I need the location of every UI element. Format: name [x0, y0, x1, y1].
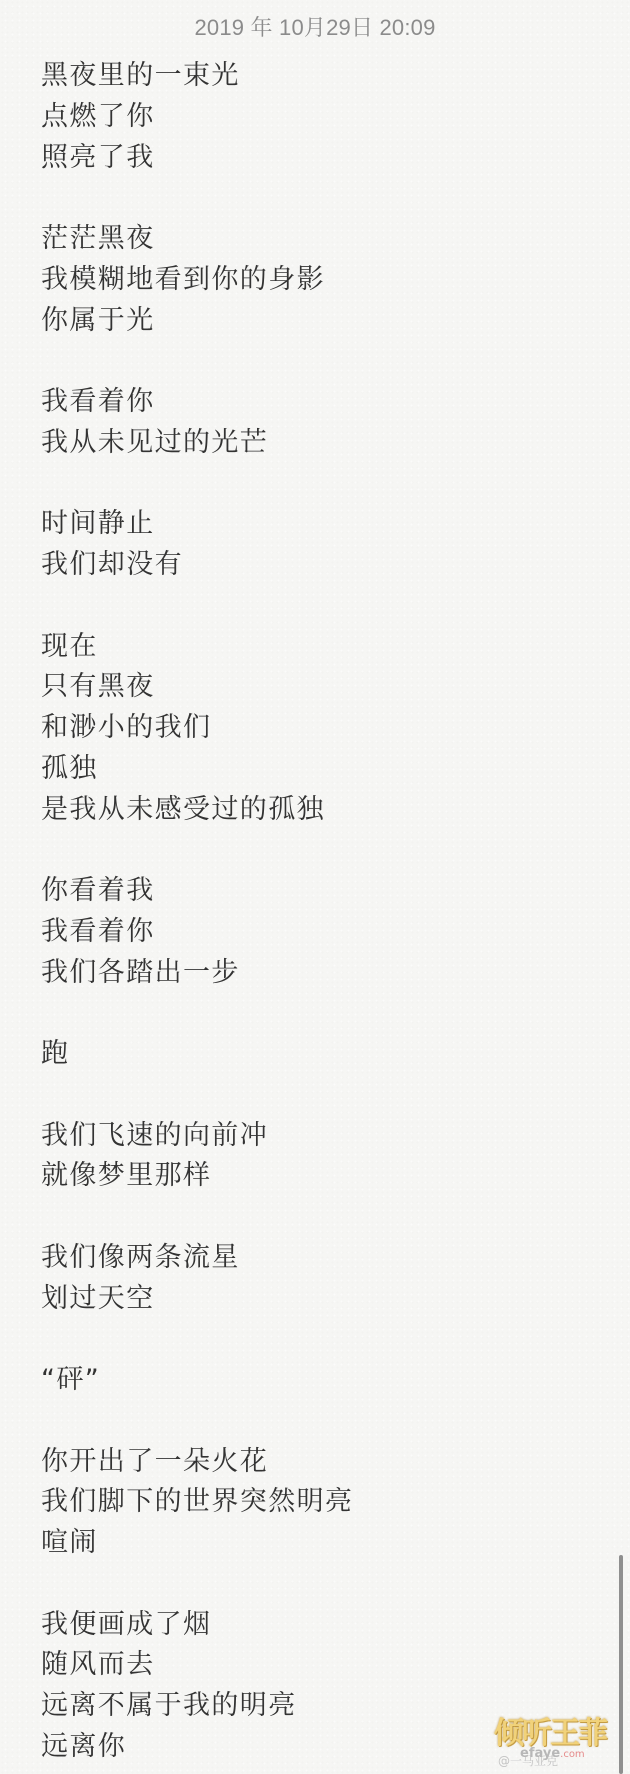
note-body[interactable]: 黑夜里的一束光 点燃了你 照亮了我 茫茫黑夜 我模糊地看到你的身影 你属于光 我…	[41, 56, 601, 1768]
note-line: 时间静止	[41, 504, 601, 545]
note-blank-line	[41, 1401, 601, 1442]
note-line: 我看着你	[41, 912, 601, 953]
note-line: 就像梦里那样	[41, 1156, 601, 1197]
note-line: 喧闹	[41, 1523, 601, 1564]
vertical-scrollbar[interactable]	[619, 1555, 623, 1774]
note-line: 跑	[41, 1034, 601, 1075]
note-line: 我们各踏出一步	[41, 953, 601, 994]
note-line: 随风而去	[41, 1645, 601, 1686]
note-blank-line	[41, 1075, 601, 1116]
note-blank-line	[41, 1319, 601, 1360]
watermark: 倾听王菲 @一马亚克 efaye.com	[494, 1708, 614, 1768]
note-line: “砰”	[41, 1360, 601, 1401]
note-blank-line	[41, 993, 601, 1034]
note-line: 我看着你	[41, 382, 601, 423]
note-line: 我们脚下的世界突然明亮	[41, 1482, 601, 1523]
note-line: 我们却没有	[41, 545, 601, 586]
note-line: 我模糊地看到你的身影	[41, 260, 601, 301]
note-line: 是我从未感受过的孤独	[41, 790, 601, 831]
note-line: 我们飞速的向前冲	[41, 1116, 601, 1157]
note-line: 和渺小的我们	[41, 708, 601, 749]
note-line: 我们像两条流星	[41, 1238, 601, 1279]
note-timestamp: 2019 年 10月29日 20:09	[0, 12, 630, 44]
note-line: 点燃了你	[41, 97, 601, 138]
note-line: 你看着我	[41, 871, 601, 912]
note-line: 你开出了一朵火花	[41, 1442, 601, 1483]
note-line: 茫茫黑夜	[41, 219, 601, 260]
note-line: 划过天空	[41, 1279, 601, 1320]
note-blank-line	[41, 1564, 601, 1605]
note-blank-line	[41, 1197, 601, 1238]
note-line: 你属于光	[41, 301, 601, 342]
note-line: 照亮了我	[41, 138, 601, 179]
note-line: 我便画成了烟	[41, 1605, 601, 1646]
watermark-site-name: efaye	[520, 1746, 560, 1761]
watermark-site: efaye.com	[520, 1746, 585, 1761]
note-line: 孤独	[41, 749, 601, 790]
note-line: 只有黑夜	[41, 667, 601, 708]
note-line: 我从未见过的光芒	[41, 423, 601, 464]
note-line: 黑夜里的一束光	[41, 56, 601, 97]
watermark-site-suffix: .com	[560, 1749, 585, 1760]
note-blank-line	[41, 830, 601, 871]
note-blank-line	[41, 586, 601, 627]
note-line: 现在	[41, 627, 601, 668]
note-blank-line	[41, 341, 601, 382]
note-blank-line	[41, 464, 601, 505]
note-blank-line	[41, 178, 601, 219]
